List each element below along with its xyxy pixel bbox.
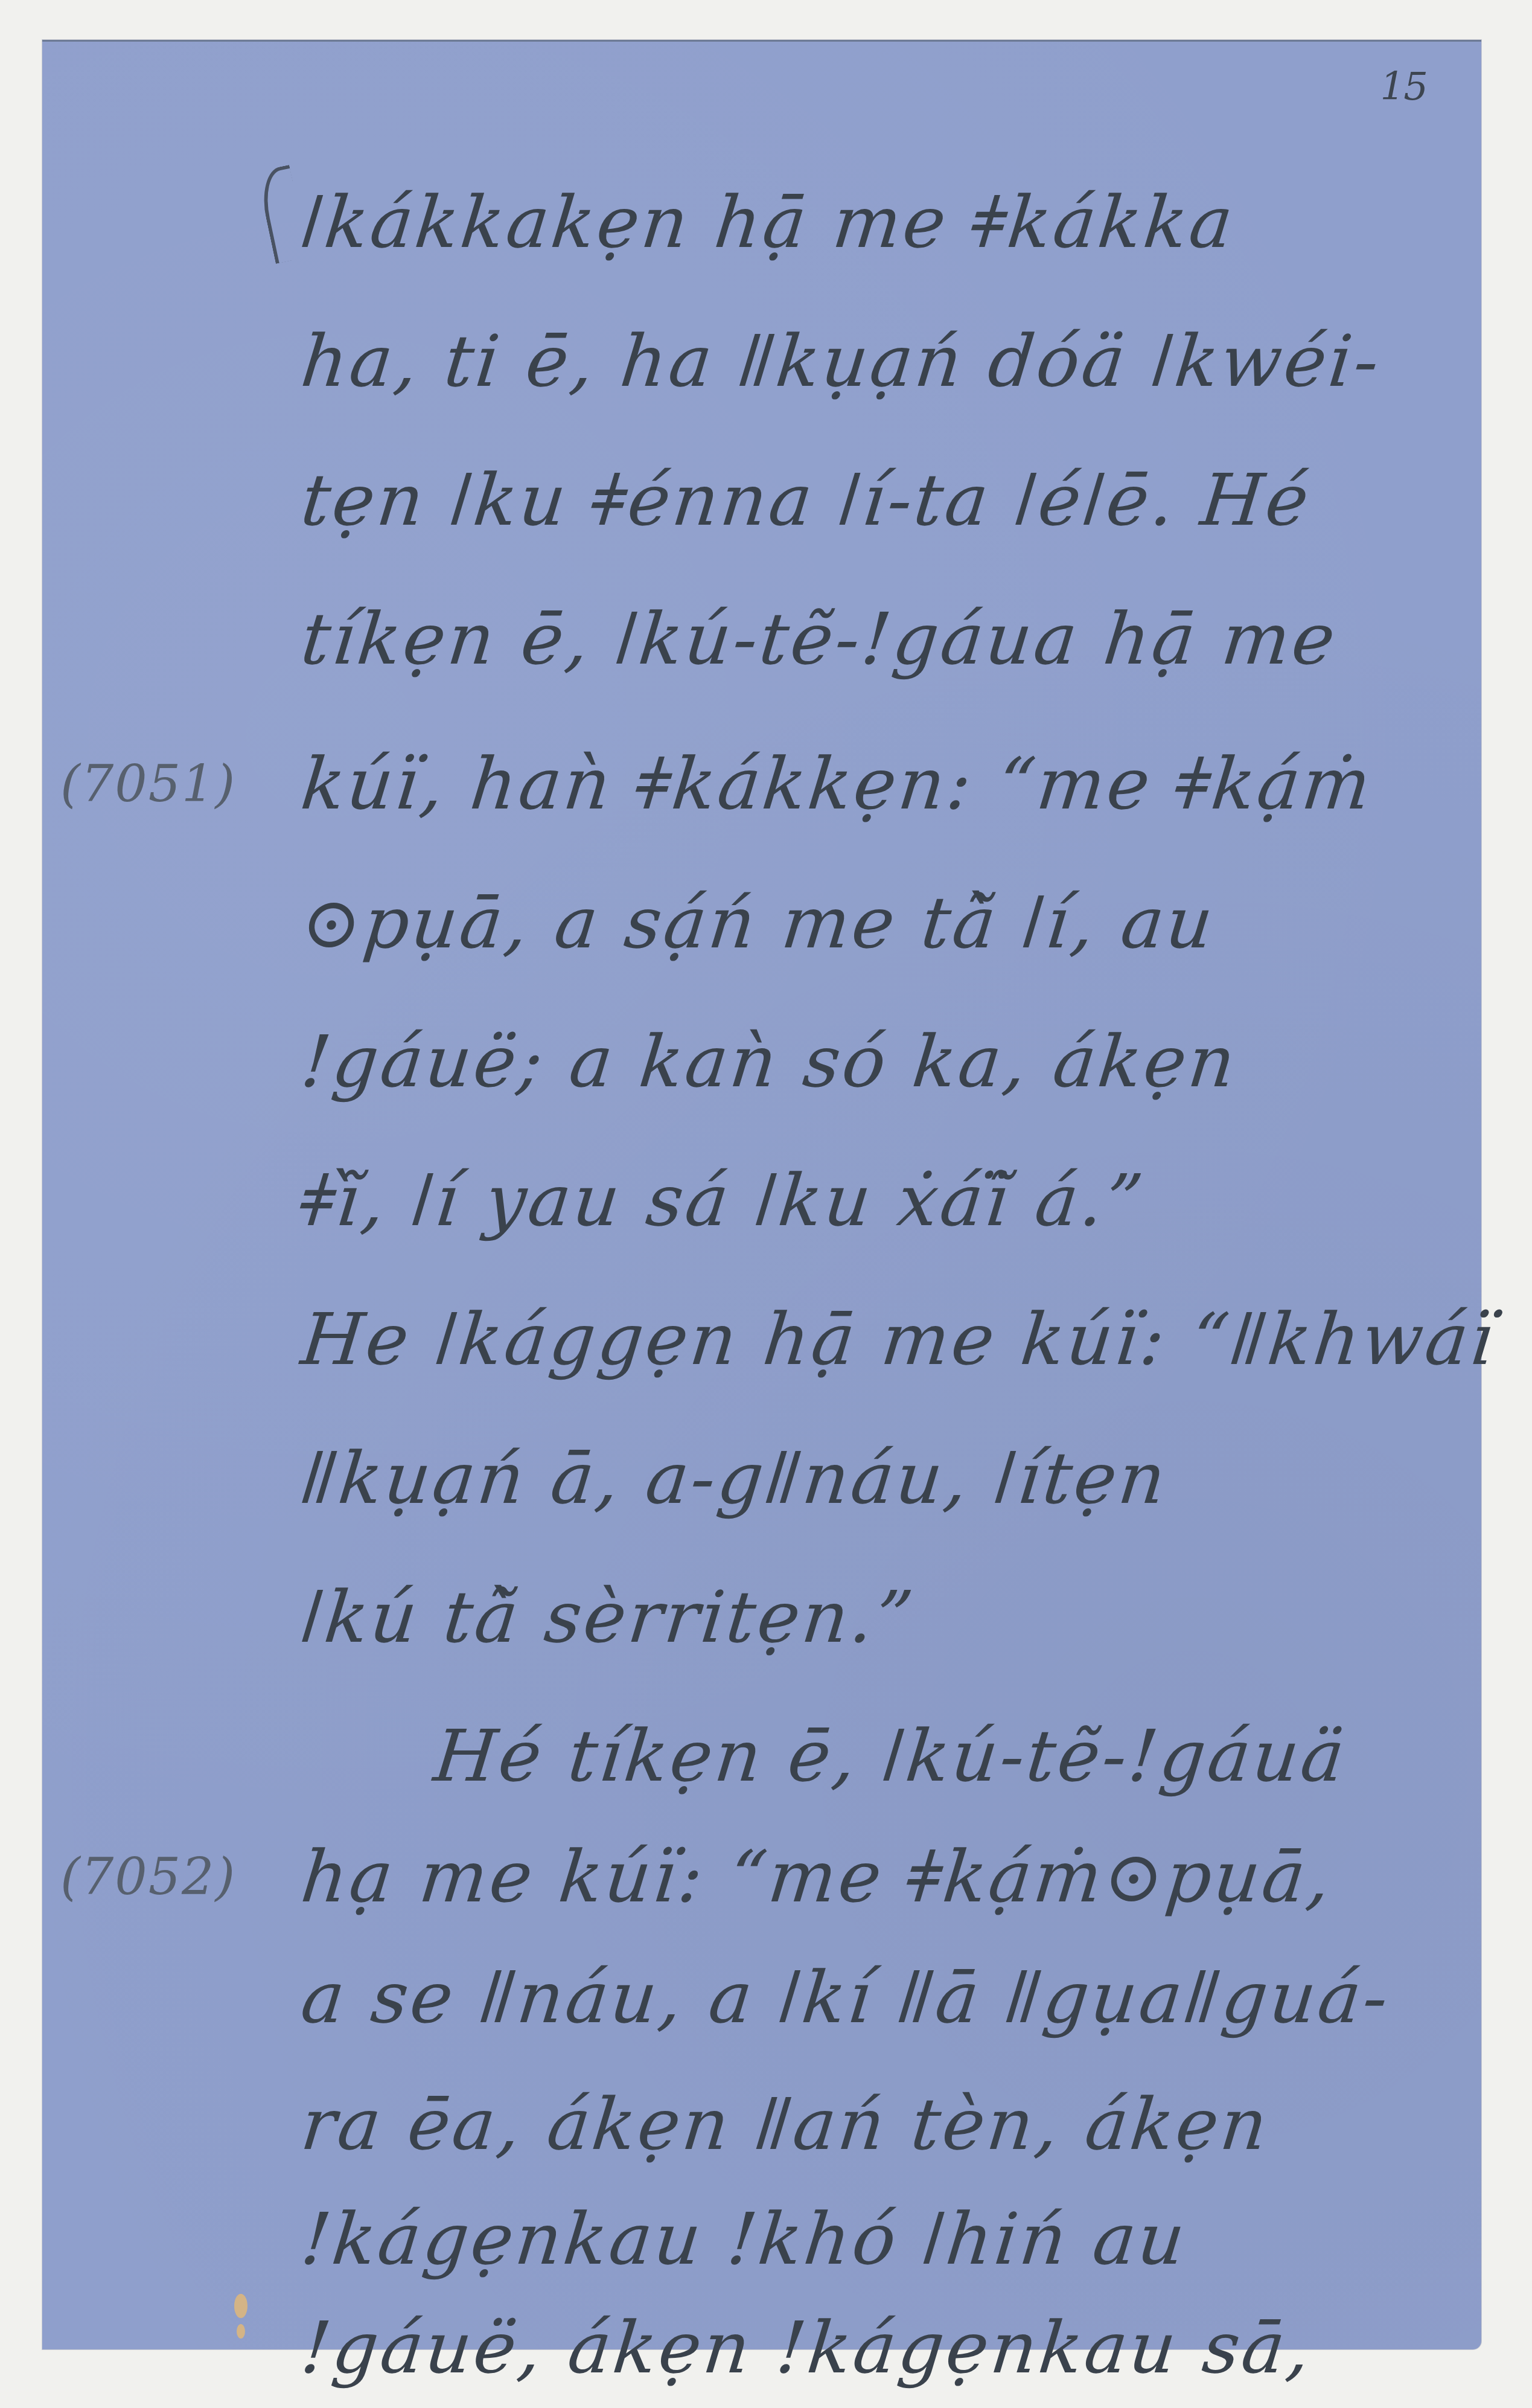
manuscript-page: 15 ǀkákkakẹn hạ̄ me ǂkákka ha, ti ē, ha … — [42, 40, 1481, 2349]
text-line: hạ me kúï: “me ǂkạ́ṁ⊙pụā, — [298, 1835, 1337, 1918]
text-line: ǂĩ̀, ǀí yau sá ǀku ẋáĩ̈ á.” — [298, 1159, 1149, 1242]
text-line: tíkẹn ē, ǀkú-tẽ-!gáua hạ̄ me — [298, 597, 1341, 680]
paper-stain — [234, 2294, 247, 2318]
text-line: !gáuë; a kaǹ só ka, ákẹn — [298, 1020, 1242, 1103]
text-line: ǁkụạń ā, a-gǁnáu, ǀítẹn — [298, 1436, 1172, 1520]
margin-note-7052: (7052) — [60, 1847, 236, 1906]
text-line: ha, ti ē, ha ǁkụạń dóä ǀkwéi- — [298, 319, 1385, 403]
text-line: a se ǁnáu, a ǀkí ǁā ǁgụaǁguá- — [298, 1956, 1394, 2039]
text-line: !gáuë, ákẹn !kágẹnkau sā, — [298, 2306, 1317, 2389]
paper-stain — [237, 2324, 245, 2339]
margin-note-7051: (7051) — [60, 754, 236, 813]
text-line: kúï, haǹ ǂkákkẹn: “me ǂkạ́ṁ — [298, 742, 1377, 825]
page-number: 15 — [1380, 65, 1427, 109]
text-line: tẹn ǀku ǂénna ǀí-ta ǀéǀē. Hé — [298, 458, 1315, 542]
text-line: ⊙pụā, a sạ́ń me tã̀ ǀí, au — [298, 881, 1219, 964]
text-line: !kágẹnkau !khó ǀhiń au — [298, 2197, 1191, 2281]
text-line: ra ēa, ákẹn ǁań tèn, ákẹn — [298, 2083, 1274, 2166]
text-line: ǀkú tã̀ sèrritẹn.” — [298, 1575, 919, 1659]
text-line: He ǀkággẹn hạ̄ me kúï: “ǁkhwáï — [298, 1298, 1500, 1381]
text-line: ǀkákkakẹn hạ̄ me ǂkákka — [298, 181, 1239, 264]
text-line: Hé tíkẹn ē, ǀkú-tẽ-!gáuä — [430, 1714, 1351, 1798]
